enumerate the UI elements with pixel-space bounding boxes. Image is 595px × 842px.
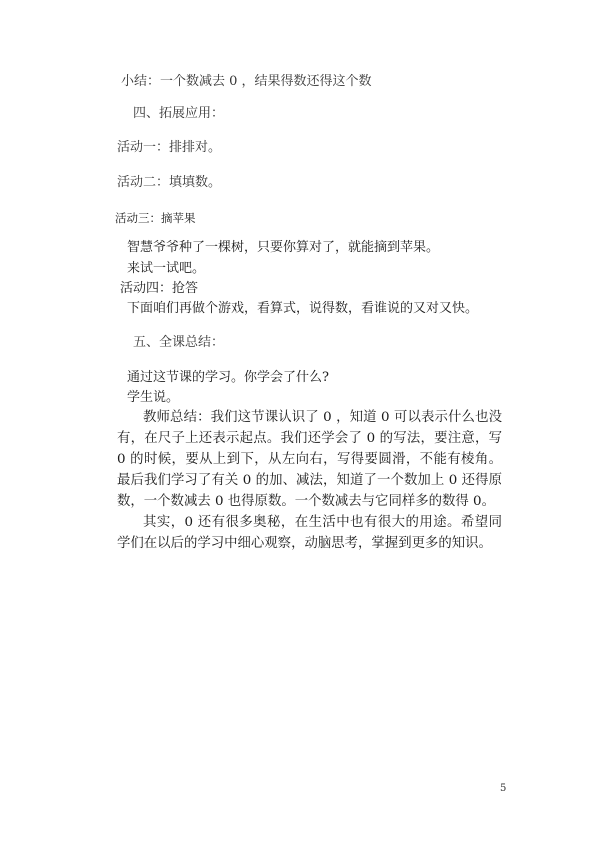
summary-paragraphs: 教师总结：我们这节课认识了 0 ，知道 0 可以表示什么也没有，在尺子上还表示起… (117, 407, 502, 554)
activity-4: 活动四：抢答 (120, 281, 198, 297)
summary-line: 小结：一个数减去 0 ，结果得数还得这个数 (121, 74, 372, 90)
page-number: 5 (500, 783, 506, 794)
activity-2: 活动二：填填数。 (117, 175, 221, 191)
activity-3-text-2: 来试一试吧。 (127, 261, 205, 277)
activity-4-text: 下面咱们再做个游戏，看算式，说得数，看谁说的又对又快。 (127, 301, 478, 317)
student-says: 学生说。 (127, 390, 179, 406)
section-heading-4: 四、拓展应用： (133, 106, 224, 122)
question-line: 通过这节课的学习。你学会了什么? (127, 370, 329, 386)
activity-1: 活动一：排排对。 (117, 140, 221, 156)
activity-3: 活动三：摘苹果 (115, 210, 196, 226)
closing-paragraph: 其实，0 还有很多奥秘，在生活中也有很大的用途。希望同学们在以后的学习中细心观察… (117, 512, 502, 554)
section-heading-5: 五、全课总结： (133, 335, 224, 351)
teacher-summary: 教师总结：我们这节课认识了 0 ，知道 0 可以表示什么也没有，在尺子上还表示起… (117, 407, 502, 512)
activity-3-text-1: 智慧爷爷种了一棵树，只要你算对了，就能摘到苹果。 (127, 240, 439, 256)
